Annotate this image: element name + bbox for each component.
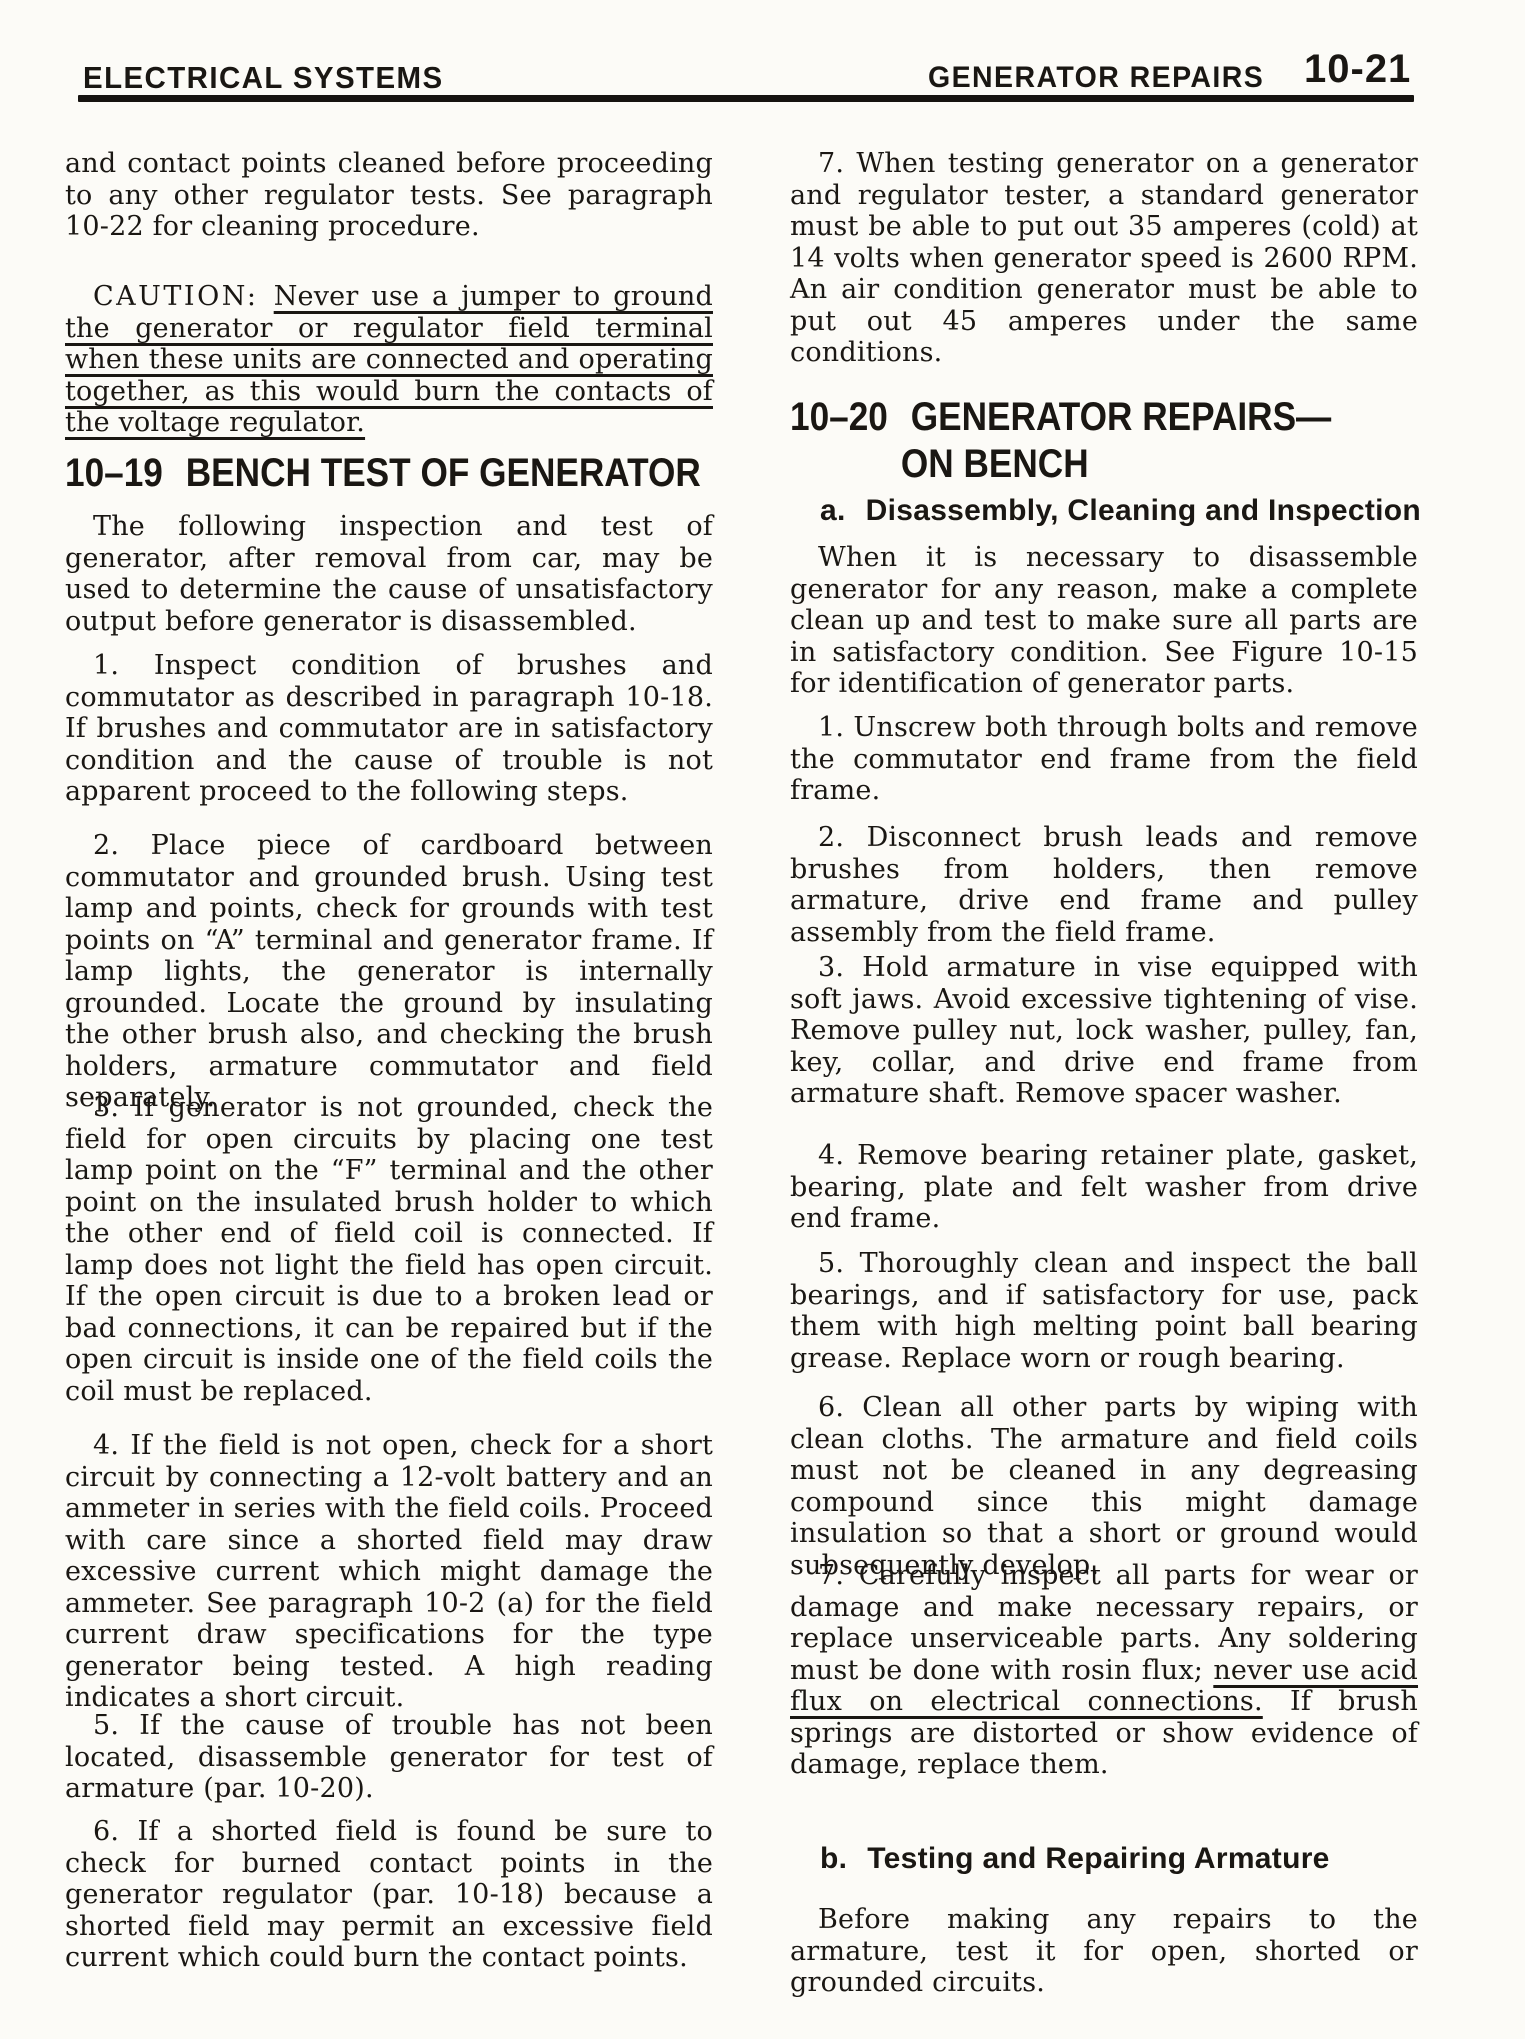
paragraph-text: 5. If the cause of trouble has not been …: [65, 1710, 713, 1805]
paragraph-text: 3. If generator is not grounded, check t…: [65, 1092, 713, 1407]
paragraph-text: The following inspection and test of gen…: [65, 511, 713, 637]
section-title: GENERATOR REPAIRS—: [911, 395, 1332, 439]
section-title-line-2: ON BENCH: [790, 441, 1343, 488]
section-heading-10-19: 10–19BENCH TEST OF GENERATOR: [65, 450, 713, 497]
paragraph-text: and contact points cleaned before procee…: [65, 148, 713, 243]
paragraph-text: 6. If a shorted field is found be sure t…: [65, 1816, 713, 1974]
lead-paragraph: The following inspection and test of gen…: [65, 511, 713, 637]
right-column: 7. When testing generator on a generator…: [790, 0, 1418, 2039]
paragraph-text: 5. Thoroughly clean and inspect the ball…: [790, 1248, 1418, 1374]
caution-note: CAUTION: Never use a jumper to ground th…: [65, 281, 713, 439]
step-paragraph-4: 4. Remove bearing retainer plate, gasket…: [790, 1140, 1418, 1235]
section-heading-10-20: 10–20GENERATOR REPAIRS— ON BENCH: [790, 394, 1418, 488]
paragraph-text: 2. Disconnect brush leads and remove bru…: [790, 822, 1418, 948]
paragraph-text: 4. If the field is not open, check for a…: [65, 1430, 713, 1714]
section-number: 10–20: [790, 394, 888, 441]
step-paragraph-4: 4. If the field is not open, check for a…: [65, 1430, 713, 1714]
paragraph-text: When it is necessary to disassemble gene…: [790, 542, 1418, 700]
step-paragraph-2: 2. Place piece of cardboard between comm…: [65, 830, 713, 1114]
paragraph-text: 1. Unscrew both through bolts and remove…: [790, 712, 1418, 807]
lead-paragraph-a: When it is necessary to disassemble gene…: [790, 542, 1418, 700]
step-paragraph-3: 3. If generator is not grounded, check t…: [65, 1092, 713, 1407]
left-column: and contact points cleaned before procee…: [65, 0, 713, 2039]
step-paragraph-6: 6. If a shorted field is found be sure t…: [65, 1816, 713, 1974]
section-number: 10–19: [65, 450, 163, 497]
paragraph-text: 7. When testing generator on a generator…: [790, 148, 1418, 369]
step-paragraph-5: 5. Thoroughly clean and inspect the ball…: [790, 1248, 1418, 1374]
subsection-label: a.: [820, 494, 846, 528]
lead-paragraph-b: Before making any repairs to the armatur…: [790, 1904, 1418, 1999]
paragraph-text: 4. Remove bearing retainer plate, gasket…: [790, 1140, 1418, 1235]
step-paragraph-1: 1. Unscrew both through bolts and remove…: [790, 712, 1418, 807]
step-paragraph-3: 3. Hold armature in vise equipped with s…: [790, 952, 1418, 1110]
step-paragraph-2: 2. Disconnect brush leads and remove bru…: [790, 822, 1418, 948]
subsection-title: Disassembly, Cleaning and Inspection: [866, 494, 1421, 527]
paragraph-text: Before making any repairs to the armatur…: [790, 1904, 1418, 1999]
step-paragraph-5: 5. If the cause of trouble has not been …: [65, 1710, 713, 1805]
bench-step-paragraph-7: 7. When testing generator on a generator…: [790, 148, 1418, 369]
paragraph-text: 6. Clean all other parts by wiping with …: [790, 1392, 1418, 1581]
subsection-title: Testing and Repairing Armature: [867, 1842, 1329, 1875]
paragraph-text: 2. Place piece of cardboard between comm…: [65, 830, 713, 1114]
subsection-label: b.: [820, 1842, 847, 1876]
step-paragraph-1: 1. Inspect condition of brushes and comm…: [65, 650, 713, 808]
subsection-b-heading: b.Testing and Repairing Armature: [790, 1842, 1418, 1876]
step-paragraph-6: 6. Clean all other parts by wiping with …: [790, 1392, 1418, 1581]
subsection-a-heading: a.Disassembly, Cleaning and Inspection: [790, 494, 1418, 528]
manual-page: ELECTRICAL SYSTEMS GENERATOR REPAIRS 10-…: [0, 0, 1525, 2039]
caution-label: CAUTION:: [93, 281, 274, 312]
step-paragraph-7: 7. Carefully inspect all parts for wear …: [790, 1560, 1418, 1781]
paragraph-text: 3. Hold armature in vise equipped with s…: [790, 952, 1418, 1110]
continued-paragraph: and contact points cleaned before procee…: [65, 148, 713, 243]
paragraph-text: 1. Inspect condition of brushes and comm…: [65, 650, 713, 808]
section-title-line-1: 10–20GENERATOR REPAIRS—: [790, 394, 1343, 441]
section-title: BENCH TEST OF GENERATOR: [186, 451, 701, 495]
